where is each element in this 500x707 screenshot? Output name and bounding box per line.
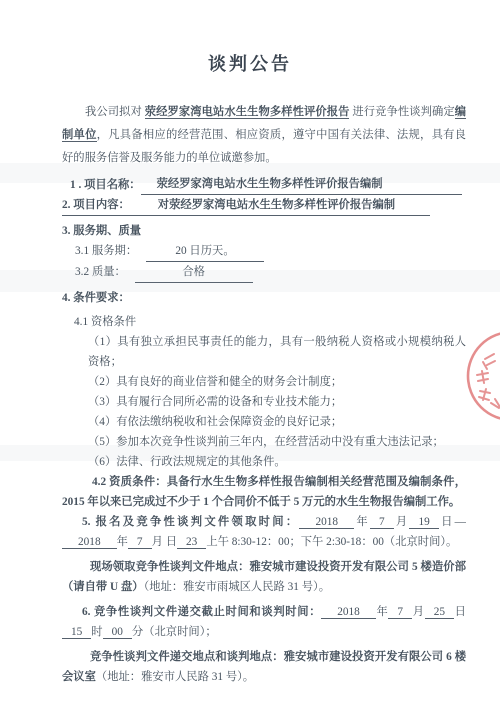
month-unit-2: 月: [152, 536, 163, 548]
month-unit: 月: [394, 516, 410, 528]
day-unit-2: 日: [166, 536, 177, 548]
field-project-content: 2. 项目内容： 对荥经罗家湾电站水生生物多样性评价报告编制: [62, 195, 430, 216]
service-period-label: 3.1 服务期：: [75, 245, 137, 257]
pickup-location-address: （地址：雅安市雨城区人民路 31 号）。: [144, 581, 330, 593]
scanned-document-page: 谈判公告 我公司拟对 荥经罗家湾电站水生生物多样性评价报告 进行竞争性谈判确定编…: [0, 0, 500, 707]
deadline-year-unit: 年: [376, 606, 389, 618]
start-day-value: 19: [409, 516, 438, 529]
condition-2: （2）具有良好的商业信誉和健全的财务会计制度；: [62, 372, 466, 392]
venue-address: （地址：雅安市人民路 31 号）。: [96, 671, 254, 683]
day-unit-dash: 日—: [439, 516, 466, 528]
intro-rest: ，凡具备相应的经营范围、相应资质，遵守中国有关法律、法规，具有良好的服务信誉及服…: [62, 129, 466, 164]
end-year-value: 2018: [62, 536, 117, 549]
section-4-2-paragraph: 4.2 资质条件：具备行水生生物多样性报告编制相关经营范围及编制条件，2015 …: [62, 472, 466, 512]
section-4-1-heading: 4.1 资格条件: [62, 312, 466, 332]
intro-mid: 进行竞争性谈判确定: [349, 106, 454, 118]
condition-4: （4）有依法缴纳税收和社会保障资金的良好记录；: [62, 412, 466, 432]
deadline-hour-unit: 时: [91, 626, 102, 638]
condition-6: （6）法律、行政法规规定的其他条件。: [62, 452, 466, 472]
intro-paragraph: 我公司拟对 荥经罗家湾电站水生生物多样性评价报告 进行竞争性谈判确定编制单位，凡…: [62, 101, 466, 170]
section-5-paragraph: 5. 报名及竞争性谈判文件领取时间：2018年7月19日—2018年7月 日23…: [62, 512, 466, 552]
time-range-text: 上午 8:30-12：00；下午 2:30-18：00（北京时间）。: [206, 536, 457, 548]
deadline-hour-value: 15: [62, 626, 91, 639]
document-title: 谈判公告: [0, 0, 500, 76]
intro-project-name: 荥经罗家湾电站水生生物多样性评价报告: [145, 106, 350, 119]
pickup-location-paragraph: 现场领取竞争性谈判文件地点：雅安城市建设投资开发有限公司 5 楼造价部（请自带 …: [62, 557, 466, 597]
quality-value: 合格: [135, 262, 253, 283]
deadline-minute-unit: 分（北京时间）；: [132, 626, 217, 638]
section-4-heading: 4. 条件要求：: [62, 288, 466, 308]
deadline-minute-value: 00: [103, 626, 132, 639]
start-year-value: 2018: [299, 516, 354, 529]
deadline-day-unit: 日: [454, 606, 466, 618]
intro-lead: 我公司拟对: [85, 106, 145, 118]
project-name-label: 1 . 项目名称：: [70, 175, 141, 195]
condition-3: （3）具有履行合同所必需的设备和专业技术能力；: [62, 392, 466, 412]
year-unit: 年: [354, 516, 370, 528]
project-name-value: 荥经罗家湾电站水生生物多样性评价报告编制: [141, 174, 462, 195]
field-service-period: 3.1 服务期： 20 日历天。: [62, 241, 466, 262]
quality-label: 3.2 质量：: [75, 266, 126, 278]
condition-1: （1）具有独立承担民事责任的能力，具有一般纳税人资格或小规模纳税人资格；: [62, 332, 466, 372]
start-month-value: 7: [370, 516, 394, 529]
field-quality: 3.2 质量： 合格: [62, 262, 466, 283]
condition-5: （5）参加本次竞争性谈判前三年内，在经营活动中没有重大违法记录；: [62, 432, 466, 452]
project-content-label: 2. 项目内容：: [62, 195, 130, 216]
end-month-value: 7: [128, 536, 152, 549]
section-3-heading: 3. 服务期、质量: [62, 221, 466, 241]
venue-paragraph: 竞争性谈判文件递交地点和谈判地点：雅安城市建设投资开发有限公司 6 楼会议室（地…: [62, 647, 466, 687]
section-6-paragraph: 6. 竞争性谈判文件递交截止时间和谈判时间：2018年7月25日15时00分（北…: [62, 602, 466, 642]
project-content-value: 对荥经罗家湾电站水生生物多样性评价报告编制: [130, 195, 430, 216]
deadline-year-value: 2018: [321, 606, 376, 619]
section-5-label: 5. 报名及竞争性谈判文件领取时间：: [82, 516, 299, 528]
deadline-day-value: 25: [425, 606, 454, 619]
deadline-month-unit: 月: [412, 606, 425, 618]
year-unit-2: 年: [117, 536, 128, 548]
section-6-label: 6. 竞争性谈判文件递交截止时间和谈判时间：: [82, 606, 321, 618]
field-project-name: 1 . 项目名称： 荥经罗家湾电站水生生物多样性评价报告编制: [70, 174, 466, 195]
end-day-value: 23: [177, 536, 206, 549]
document-body: 我公司拟对 荥经罗家湾电站水生生物多样性评价报告 进行竞争性谈判确定编制单位，凡…: [0, 76, 500, 687]
service-period-value: 20 日历天。: [146, 241, 264, 262]
deadline-month-value: 7: [388, 606, 412, 619]
